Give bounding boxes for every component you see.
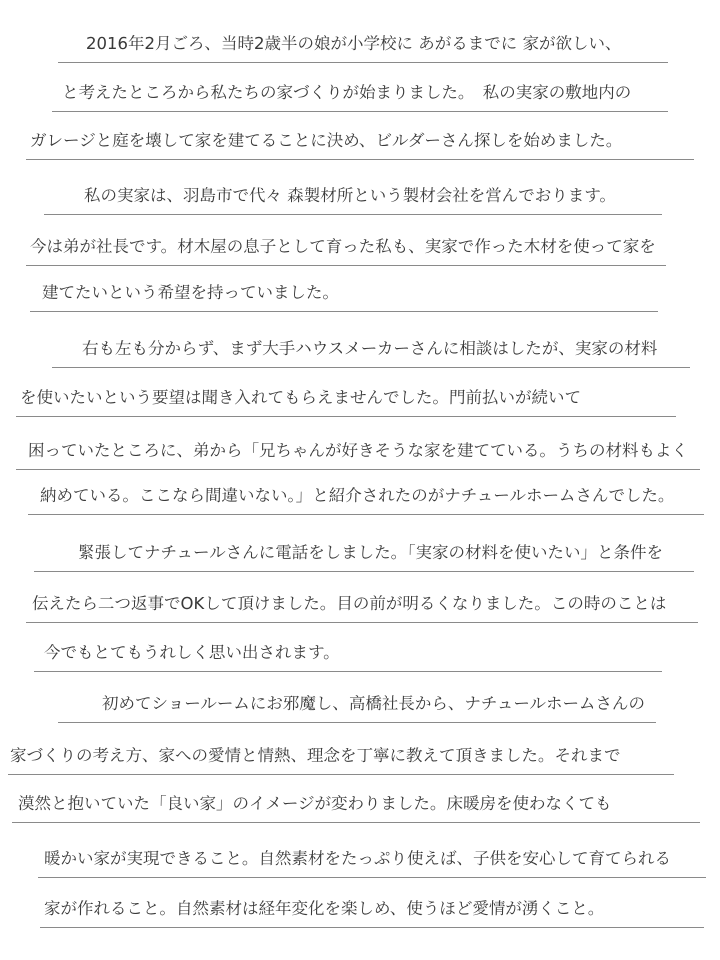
line-text: 伝えたら二つ返事でOKして頂けました。目の前が明るくなりました。この時のことは [26,587,667,621]
handwritten-line: 建てたいという希望を持っていました。 [30,276,658,312]
handwritten-line: 困っていたところに、弟から「兄ちゃんが好きそうな家を建てている。うちの材料もよく [16,434,700,470]
line-text: 今でもとてもうれしく思い出されます。 [34,636,340,670]
line-text: 家づくりの考え方、家への愛情と情熱、理念を丁寧に教えて頂きました。それまで [8,739,621,773]
line-text: 暖かい家が実現できること。自然素材をたっぷり使えば、子供を安心して育てられる [38,842,672,876]
line-text: と考えたところから私たちの家づくりが始まりました。 私の実家の敷地内の [52,76,632,110]
line-text: 初めてショールームにお邪魔し、高橋社長から、ナチュールホームさんの [58,687,646,721]
handwritten-line: 右も左も分からず、まず大手ハウスメーカーさんに相談はしたが、実家の材料 [52,332,690,368]
line-text: 漠然と抱いていた「良い家」のイメージが変わりました。床暖房を使わなくても [12,787,612,821]
line-text: 2016年2月ごろ、当時2歳半の娘が小学校に あがるまでに 家が欲しい、 [58,27,622,61]
line-text: ガレージと庭を壊して家を建てることに決め、ビルダーさん探しを始めました。 [26,124,623,158]
handwritten-line: 今でもとてもうれしく思い出されます。 [34,636,662,672]
line-text: 私の実家は、羽島市で代々 森製材所という製材会社を営んでおります。 [44,179,617,213]
line-text: 家が作れること。自然素材は経年変化を楽しめ、使うほど愛情が湧くこと。 [40,892,605,926]
line-text: 建てたいという希望を持っていました。 [30,276,340,310]
line-text: を使いたいという要望は聞き入れてもらえませんでした。門前払いが続いて [16,381,582,415]
handwritten-line: 暖かい家が実現できること。自然素材をたっぷり使えば、子供を安心して育てられる [38,842,706,878]
handwritten-line: 今は弟が社長です。材木屋の息子として育った私も、実家で作った木材を使って家を [26,230,666,266]
handwritten-line: を使いたいという要望は聞き入れてもらえませんでした。門前払いが続いて [16,381,676,417]
handwritten-line: 私の実家は、羽島市で代々 森製材所という製材会社を営んでおります。 [44,179,662,215]
line-text: 緊張してナチュールさんに電話をしました。「実家の材料を使いたい」と条件を [34,536,664,570]
letter-page: 2016年2月ごろ、当時2歳半の娘が小学校に あがるまでに 家が欲しい、 と考え… [0,0,720,960]
handwritten-line: ガレージと庭を壊して家を建てることに決め、ビルダーさん探しを始めました。 [26,124,694,160]
line-text: 今は弟が社長です。材木屋の息子として育った私も、実家で作った木材を使って家を [26,230,656,264]
line-text: 困っていたところに、弟から「兄ちゃんが好きそうな家を建てている。うちの材料もよく [16,434,689,468]
handwritten-line: と考えたところから私たちの家づくりが始まりました。 私の実家の敷地内の [52,76,668,112]
handwritten-line: 2016年2月ごろ、当時2歳半の娘が小学校に あがるまでに 家が欲しい、 [58,27,668,63]
handwritten-line: 初めてショールームにお邪魔し、高橋社長から、ナチュールホームさんの [58,687,656,723]
handwritten-line: 家が作れること。自然素材は経年変化を楽しめ、使うほど愛情が湧くこと。 [40,892,704,928]
handwritten-line: 緊張してナチュールさんに電話をしました。「実家の材料を使いたい」と条件を [34,536,694,572]
handwritten-line: 伝えたら二つ返事でOKして頂けました。目の前が明るくなりました。この時のことは [26,587,698,623]
handwritten-line: 家づくりの考え方、家への愛情と情熱、理念を丁寧に教えて頂きました。それまで [8,739,674,775]
line-text: 右も左も分からず、まず大手ハウスメーカーさんに相談はしたが、実家の材料 [52,332,658,366]
line-text: 納めている。ここなら間違いない。」と紹介されたのがナチュールホームさんでした。 [28,479,675,513]
handwritten-line: 漠然と抱いていた「良い家」のイメージが変わりました。床暖房を使わなくても [12,787,700,823]
handwritten-line: 納めている。ここなら間違いない。」と紹介されたのがナチュールホームさんでした。 [28,479,704,515]
